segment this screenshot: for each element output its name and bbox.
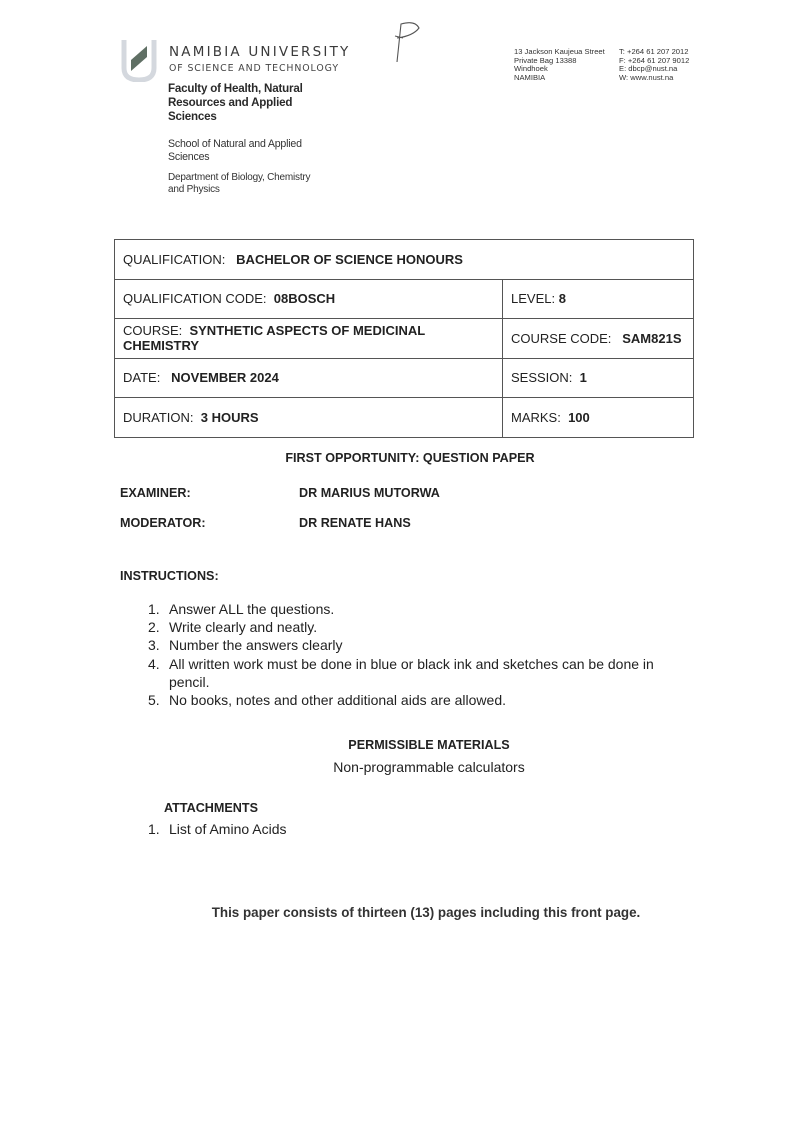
page-count-note: This paper consists of thirteen (13) pag…	[0, 905, 794, 920]
table-row: DURATION: 3 HOURS MARKS: 100	[115, 398, 694, 438]
moderator-label: MODERATOR:	[120, 516, 206, 530]
item-text: No books, notes and other additional aid…	[169, 692, 506, 708]
date-value: NOVEMBER 2024	[171, 370, 279, 385]
qualification-cell: QUALIFICATION: BACHELOR OF SCIENCE HONOU…	[115, 240, 694, 280]
duration-cell: DURATION: 3 HOURS	[115, 398, 503, 438]
item-text: All written work must be done in blue or…	[169, 656, 654, 690]
course-code-cell: COURSE CODE: SAM821S	[503, 319, 694, 359]
postal-address: 13 Jackson Kaujeua Street Private Bag 13…	[514, 48, 605, 82]
level-value: 8	[559, 291, 566, 306]
handwritten-p-mark-icon	[385, 16, 425, 64]
session-value: 1	[580, 370, 587, 385]
item-text: Answer ALL the questions.	[169, 601, 334, 617]
instructions-heading: INSTRUCTIONS:	[120, 569, 219, 583]
item-text: Number the answers clearly	[169, 637, 343, 653]
session-label: SESSION:	[511, 370, 572, 385]
item-number: 5.	[148, 691, 160, 709]
marks-cell: MARKS: 100	[503, 398, 694, 438]
list-item: 5.No books, notes and other additional a…	[148, 691, 678, 709]
permissible-materials-heading: PERMISSIBLE MATERIALS	[0, 738, 794, 752]
item-number: 1.	[148, 600, 160, 618]
table-row: QUALIFICATION CODE: 08BOSCH LEVEL: 8	[115, 279, 694, 319]
nust-shield-logo-icon	[120, 38, 158, 82]
qualification-label: QUALIFICATION:	[123, 252, 225, 267]
qualification-value: BACHELOR OF SCIENCE HONOURS	[236, 252, 463, 267]
list-item: 2.Write clearly and neatly.	[148, 618, 678, 636]
level-cell: LEVEL: 8	[503, 279, 694, 319]
item-text: Write clearly and neatly.	[169, 619, 317, 635]
table-row: QUALIFICATION: BACHELOR OF SCIENCE HONOU…	[115, 240, 694, 280]
department-name: Department of Biology, Chemistry and Phy…	[168, 172, 328, 196]
item-number: 3.	[148, 636, 160, 654]
item-number: 1.	[148, 821, 169, 837]
qualification-code-cell: QUALIFICATION CODE: 08BOSCH	[115, 279, 503, 319]
attachment-item: 1.List of Amino Acids	[148, 821, 287, 837]
contact-details: T: +264 61 207 2012 F: +264 61 207 9012 …	[619, 48, 689, 82]
date-cell: DATE: NOVEMBER 2024	[115, 358, 503, 398]
qualification-code-label: QUALIFICATION CODE:	[123, 291, 267, 306]
item-number: 2.	[148, 618, 160, 636]
course-code-value: SAM821S	[622, 331, 681, 346]
item-text: List of Amino Acids	[169, 821, 287, 837]
examiner-value: DR MARIUS MUTORWA	[299, 486, 440, 500]
course-code-label: COURSE CODE:	[511, 331, 611, 346]
attachments-heading: ATTACHMENTS	[164, 801, 258, 815]
moderator-value: DR RENATE HANS	[299, 516, 411, 530]
list-item: 3.Number the answers clearly	[148, 636, 678, 654]
duration-label: DURATION:	[123, 410, 194, 425]
table-row: COURSE: SYNTHETIC ASPECTS OF MEDICINAL C…	[115, 319, 694, 359]
course-cell: COURSE: SYNTHETIC ASPECTS OF MEDICINAL C…	[115, 319, 503, 359]
faculty-name: Faculty of Health, Natural Resources and…	[168, 82, 328, 124]
marks-label: MARKS:	[511, 410, 561, 425]
permissible-materials-value: Non-programmable calculators	[0, 759, 794, 775]
table-row: DATE: NOVEMBER 2024 SESSION: 1	[115, 358, 694, 398]
examiner-label: EXAMINER:	[120, 486, 191, 500]
exam-info-table: QUALIFICATION: BACHELOR OF SCIENCE HONOU…	[114, 239, 694, 438]
qualification-code-value: 08BOSCH	[274, 291, 335, 306]
university-name: NAMIBIA UNIVERSITY	[169, 44, 350, 60]
instructions-list: 1.Answer ALL the questions. 2.Write clea…	[148, 600, 678, 709]
course-label: COURSE:	[123, 323, 182, 338]
item-number: 4.	[148, 655, 160, 673]
marks-value: 100	[568, 410, 590, 425]
level-label: LEVEL:	[511, 291, 555, 306]
list-item: 1.Answer ALL the questions.	[148, 600, 678, 618]
paper-title: FIRST OPPORTUNITY: QUESTION PAPER	[0, 451, 794, 465]
university-subtitle: OF SCIENCE AND TECHNOLOGY	[169, 63, 339, 74]
address-line: NAMIBIA	[514, 74, 605, 83]
date-label: DATE:	[123, 370, 160, 385]
list-item: 4.All written work must be done in blue …	[148, 655, 678, 691]
contact-web: W: www.nust.na	[619, 74, 689, 83]
school-name: School of Natural and Applied Sciences	[168, 138, 328, 163]
duration-value: 3 HOURS	[201, 410, 259, 425]
session-cell: SESSION: 1	[503, 358, 694, 398]
